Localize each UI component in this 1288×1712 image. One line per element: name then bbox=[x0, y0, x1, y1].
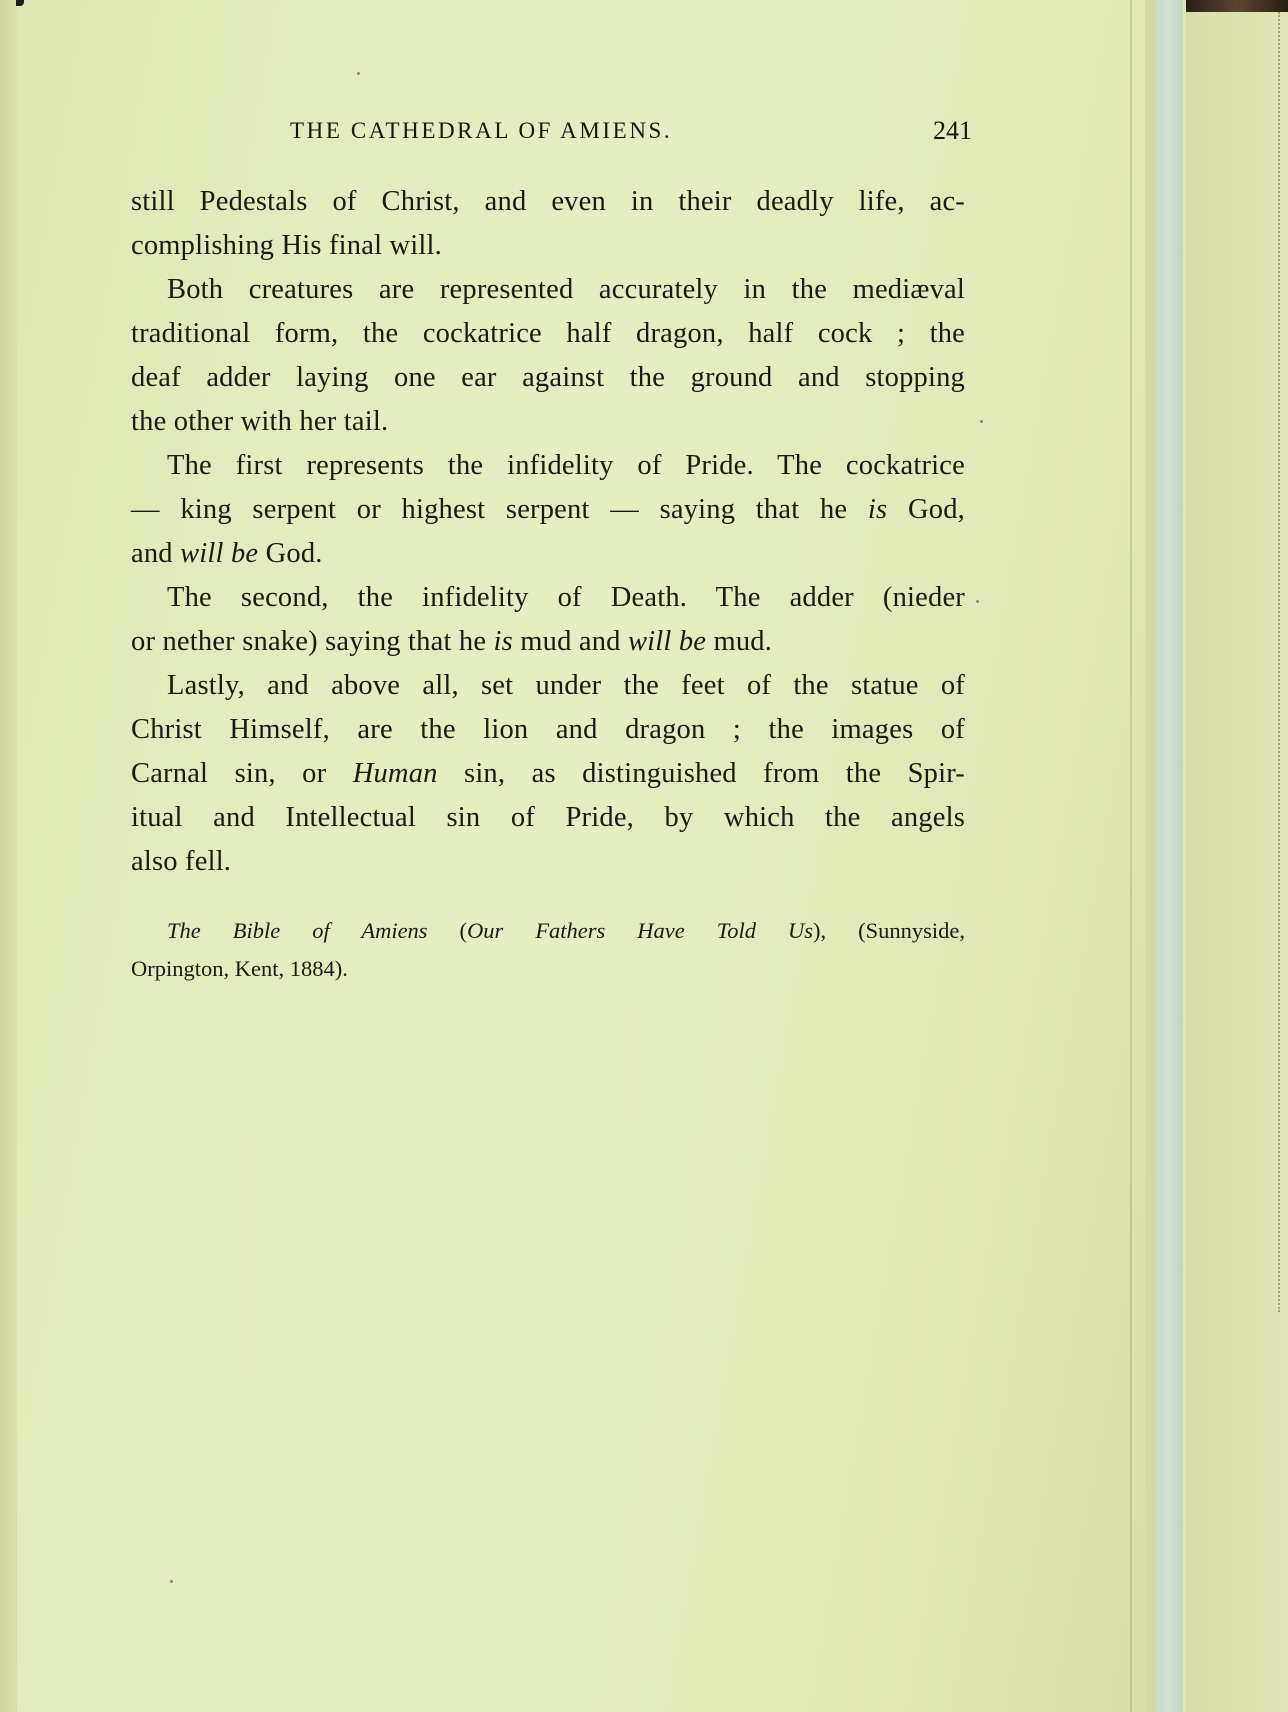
text-line: traditional form, the cockatrice half dr… bbox=[131, 312, 965, 356]
text-run: Carnal sin, or bbox=[131, 758, 353, 789]
text-run: mud. bbox=[706, 626, 772, 657]
text-line: Both creatures are represented accuratel… bbox=[131, 268, 965, 312]
italic-run: is bbox=[494, 626, 513, 657]
spine-edge bbox=[1155, 0, 1183, 1712]
italic-run: The Bible of Amiens bbox=[167, 918, 428, 943]
italic-run: Human bbox=[353, 758, 438, 789]
citation-line: The Bible of Amiens (Our Fathers Have To… bbox=[131, 912, 965, 950]
running-header: THE CATHEDRAL OF AMIENS. 241 bbox=[290, 118, 972, 152]
italic-run: Our Fathers Have Told Us bbox=[467, 918, 813, 943]
text-line: Lastly, and above all, set under the fee… bbox=[131, 664, 965, 708]
book-page: THE CATHEDRAL OF AMIENS. 241 still Pedes… bbox=[0, 0, 1145, 1712]
text-line: still Pedestals of Christ, and even in t… bbox=[131, 180, 965, 224]
text-run: ( bbox=[428, 918, 468, 943]
text-line: or nether snake) saying that he is mud a… bbox=[131, 620, 965, 664]
citation-line: Orpington, Kent, 1884). bbox=[131, 950, 965, 988]
text-line: complishing His final will. bbox=[131, 224, 965, 268]
text-line: itual and Intellectual sin of Pride, by … bbox=[131, 796, 965, 840]
running-title: THE CATHEDRAL OF AMIENS. bbox=[290, 118, 672, 144]
paper-speck bbox=[976, 600, 979, 603]
source-citation: The Bible of Amiens (Our Fathers Have To… bbox=[131, 912, 965, 988]
text-run: God, bbox=[887, 494, 965, 525]
italic-run: will be bbox=[628, 626, 706, 657]
background-strip bbox=[1186, 0, 1288, 12]
scan-corner-mark bbox=[16, 0, 24, 6]
text-line: the other with her tail. bbox=[131, 400, 965, 444]
text-line: — king serpent or highest serpent — sayi… bbox=[131, 488, 965, 532]
gutter-fold-line bbox=[1130, 0, 1132, 1712]
text-run: — king serpent or highest serpent — sayi… bbox=[131, 494, 868, 525]
italic-run: is bbox=[868, 494, 887, 525]
text-run: God. bbox=[258, 538, 322, 569]
text-line: and will be God. bbox=[131, 532, 965, 576]
text-run: and bbox=[131, 538, 180, 569]
text-line: deaf adder laying one ear against the gr… bbox=[131, 356, 965, 400]
text-line: also fell. bbox=[131, 840, 965, 884]
text-run: mud and bbox=[513, 626, 628, 657]
paper-speck bbox=[170, 1580, 173, 1583]
paper-speck bbox=[980, 420, 983, 423]
body-text: still Pedestals of Christ, and even in t… bbox=[131, 180, 965, 884]
paper-speck bbox=[357, 72, 360, 75]
text-line: Christ Himself, are the lion and dragon … bbox=[131, 708, 965, 752]
text-line: Carnal sin, or Human sin, as distinguish… bbox=[131, 752, 965, 796]
text-line: The second, the infidelity of Death. The… bbox=[131, 576, 965, 620]
page-number: 241 bbox=[933, 116, 972, 146]
text-run: sin, as distinguished from the Spir- bbox=[438, 758, 965, 789]
adjacent-page bbox=[1186, 12, 1288, 1712]
text-line: The first represents the infidelity of P… bbox=[131, 444, 965, 488]
adjacent-page-edge bbox=[1278, 12, 1282, 1312]
text-run: or nether snake) saying that he bbox=[131, 626, 494, 657]
page-left-edge bbox=[0, 0, 17, 1712]
text-run: ), (Sunnyside, bbox=[813, 918, 965, 943]
italic-run: will be bbox=[180, 538, 258, 569]
